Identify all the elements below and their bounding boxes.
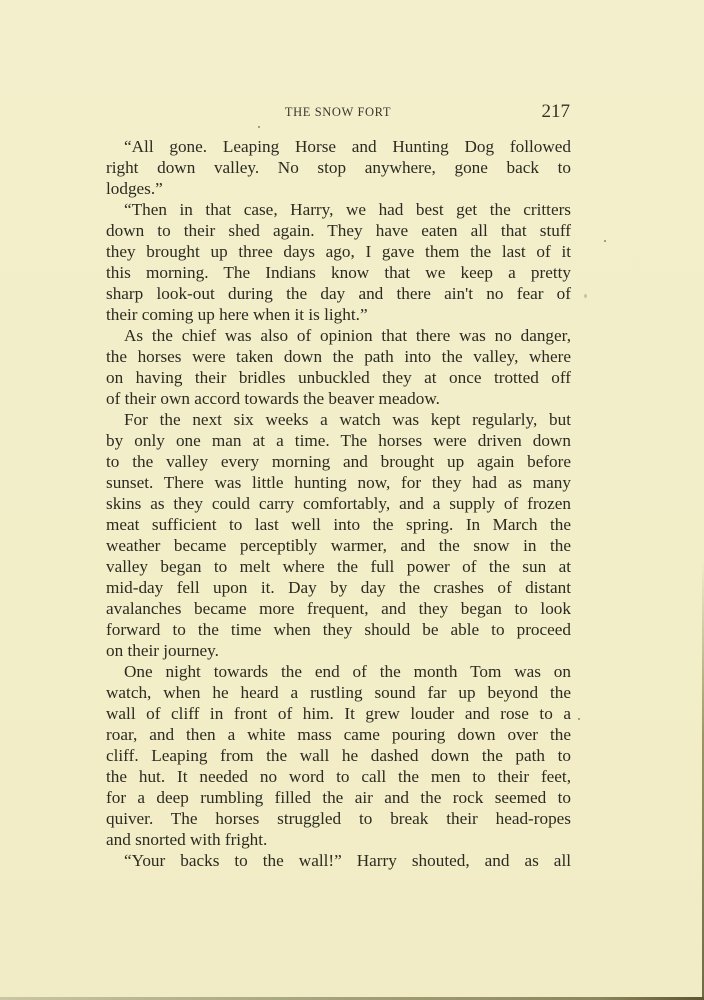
- text-line: valley began to melt where the full powe…: [106, 556, 571, 577]
- text-line: lodges.”: [106, 178, 571, 199]
- text-line: meat sufficient to last well into the sp…: [106, 514, 571, 535]
- text-line: roar, and then a white mass came pouring…: [106, 724, 571, 745]
- page-number: 217: [542, 101, 571, 123]
- text-line: watch, when he heard a rustling sound fa…: [106, 682, 571, 703]
- text-line: and snorted with fright.: [106, 829, 571, 850]
- text-line: right down valley. No stop anywhere, gon…: [106, 157, 571, 178]
- text-line: weather became perceptibly warmer, and t…: [106, 535, 571, 556]
- text-line: “All gone. Leaping Horse and Hunting Dog…: [106, 136, 571, 157]
- text-line: to the valley every morning and brought …: [106, 451, 571, 472]
- paper-speck: [584, 294, 587, 298]
- text-line: they brought up three days ago, I gave t…: [106, 241, 571, 262]
- text-line: forward to the time when they should be …: [106, 619, 571, 640]
- text-line: mid-day fell upon it. Day by day the cra…: [106, 577, 571, 598]
- text-line: sharp look-out during the day and there …: [106, 283, 571, 304]
- paragraph: As the chief was also of opinion that th…: [106, 325, 571, 409]
- paragraph: “Then in that case, Harry, we had best g…: [106, 199, 571, 325]
- text-line: down to their shed again. They have eate…: [106, 220, 571, 241]
- text-line: skins as they could carry comfortably, a…: [106, 493, 571, 514]
- text-line: this morning. The Indians know that we k…: [106, 262, 571, 283]
- text-line: by only one man at a time. The horses we…: [106, 430, 571, 451]
- text-line: of their own accord towards the beaver m…: [106, 388, 571, 409]
- text-line: wall of cliff in front of him. It grew l…: [106, 703, 571, 724]
- page-header: THE SNOW FORT 217: [106, 101, 570, 125]
- paper-speck: [604, 240, 606, 242]
- text-line: For the next six weeks a watch was kept …: [106, 409, 571, 430]
- text-line: One night towards the end of the month T…: [106, 661, 571, 682]
- text-line: “Your backs to the wall!” Harry shouted,…: [106, 850, 571, 871]
- text-line: quiver. The horses struggled to break th…: [106, 808, 571, 829]
- text-line: on having their bridles unbuckled they a…: [106, 367, 571, 388]
- text-line: on their journey.: [106, 640, 571, 661]
- paragraph: One night towards the end of the month T…: [106, 661, 571, 850]
- book-page: THE SNOW FORT 217 “All gone. Leaping Hor…: [0, 0, 704, 1000]
- text-line: the horses were taken down the path into…: [106, 346, 571, 367]
- paragraph: For the next six weeks a watch was kept …: [106, 409, 571, 661]
- text-line: for a deep rumbling filled the air and t…: [106, 787, 571, 808]
- text-line: As the chief was also of opinion that th…: [106, 325, 571, 346]
- paper-speck: [258, 126, 260, 128]
- paragraph: “Your backs to the wall!” Harry shouted,…: [106, 850, 571, 871]
- text-line: sunset. There was little hunting now, fo…: [106, 472, 571, 493]
- paragraph: “All gone. Leaping Horse and Hunting Dog…: [106, 136, 571, 199]
- text-line: their coming up here when it is light.”: [106, 304, 571, 325]
- text-line: “Then in that case, Harry, we had best g…: [106, 199, 571, 220]
- body-text: “All gone. Leaping Horse and Hunting Dog…: [106, 136, 571, 871]
- text-line: avalanches became more frequent, and the…: [106, 598, 571, 619]
- paper-speck: [578, 718, 580, 720]
- text-line: the hut. It needed no word to call the m…: [106, 766, 571, 787]
- running-title: THE SNOW FORT: [106, 105, 570, 120]
- text-line: cliff. Leaping from the wall he dashed d…: [106, 745, 571, 766]
